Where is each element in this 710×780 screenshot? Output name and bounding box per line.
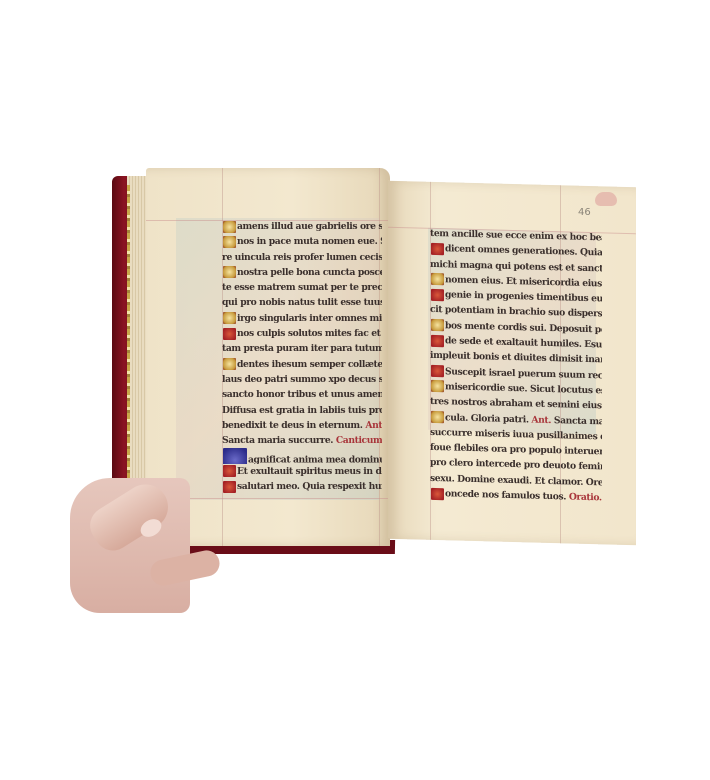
red-illuminated-initial-icon [431,289,444,301]
text-line: sancto honor tribus et unus amen. Ps. [222,387,382,402]
text-line: Sancta maria succurre. Canticum. [222,433,382,448]
text-line-content: re uincula reis profer lumen cecis mala [222,252,382,263]
text-line: laus deo patri summo xpo decus spiritui [222,372,382,387]
text-line: tam presta puram iter para tutum ut ui [222,341,382,356]
gold-illuminated-initial-icon [223,312,236,324]
text-line-content: nos in pace muta nomen eue. Solue [237,236,382,247]
gold-illuminated-initial-icon [431,411,444,423]
gold-illuminated-initial-icon [223,221,236,233]
gold-illuminated-initial-icon [431,319,444,331]
gold-illuminated-initial-icon [431,273,444,285]
text-line: salutari meo. Quia respexit humilita [222,479,382,494]
text-line: oncede nos famulos tuos. Oratio. [430,486,602,506]
gold-illuminated-initial-icon [223,358,236,370]
rubric-text: Oratio. [569,492,602,504]
red-illuminated-initial-icon [223,481,236,493]
text-line-content: Et exultauit spiritus meus in deo [237,466,382,477]
gold-illuminated-initial-icon [223,266,236,278]
text-line: nos in pace muta nomen eue. Solue [222,234,382,249]
right-page: tem ancille sue ecce enim ex hoc beatam … [388,181,636,545]
text-line: qui pro nobis natus tulit esse tuus. [222,295,382,310]
text-line-content: qui pro nobis natus tulit esse tuus. [222,297,382,308]
folio-number: 46 [578,207,591,218]
red-illuminated-initial-icon [223,465,236,477]
right-page-text-block: tem ancille sue ecce enim ex hoc beatam … [430,226,602,506]
text-line: agnificat anima mea dominum [222,448,382,463]
text-line-content: oncede nos famulos tuos. Oratio. [445,488,602,503]
red-illuminated-initial-icon [431,243,444,255]
red-illuminated-initial-icon [431,365,444,377]
rubric-text: Ant. [531,414,551,426]
text-line-content: Diffusa est gratia in labiis tuis propte… [222,405,382,416]
text-line: irgo singularis inter omnes mitis [222,311,382,326]
text-line-content: benedixit te deus in eternum. Antipho [222,420,382,431]
text-line-content: agnificat anima mea dominum [248,455,382,464]
text-line: dentes ihesum semper collætemur. Sit [222,357,382,372]
text-line-content: salutari meo. Quia respexit humilita [237,481,382,492]
text-line-content: Sancta maria succurre. Canticum. [222,435,382,446]
red-illuminated-initial-icon [223,328,236,340]
rubric-text: Canticum. [336,435,382,446]
text-line: nos culpis solutos mites fac et castos. … [222,326,382,341]
text-line-content: amens illud aue gabrielis ore sumens [237,221,382,232]
gold-illuminated-initial-icon [223,236,236,248]
text-line: benedixit te deus in eternum. Antipho [222,418,382,433]
text-line-content: te esse matrem sumat per te precem [222,282,382,293]
text-line-content: irgo singularis inter omnes mitis [237,313,382,324]
text-line: Et exultauit spiritus meus in deo [222,464,382,479]
blue-illuminated-initial-icon [223,448,247,463]
text-line-content: tam presta puram iter para tutum ut ui [222,343,382,354]
right-fingertip [595,192,617,206]
rubric-text: Antipho [365,420,382,431]
text-line-content: nostra pelle bona cuncta posce. Monstra [237,267,382,278]
text-line: re uincula reis profer lumen cecis mala [222,250,382,265]
gold-illuminated-initial-icon [431,380,444,392]
text-line: amens illud aue gabrielis ore sumens [222,219,382,234]
manuscript-photo: amens illud aue gabrielis ore sumensnos … [0,0,710,780]
text-line: nostra pelle bona cuncta posce. Monstra [222,265,382,280]
text-line-content: sancto honor tribus et unus amen. Ps. [222,389,382,400]
red-illuminated-initial-icon [431,334,444,346]
text-line-content: laus deo patri summo xpo decus spiritui [222,374,382,385]
left-page-text-block: amens illud aue gabrielis ore sumensnos … [222,219,382,494]
text-line-content: nos culpis solutos mites fac et castos. … [237,328,382,339]
red-illuminated-initial-icon [431,487,444,499]
text-line: te esse matrem sumat per te precem [222,280,382,295]
text-line-content: dentes ihesum semper collætemur. Sit [237,359,382,370]
text-line: Diffusa est gratia in labiis tuis propte… [222,403,382,418]
